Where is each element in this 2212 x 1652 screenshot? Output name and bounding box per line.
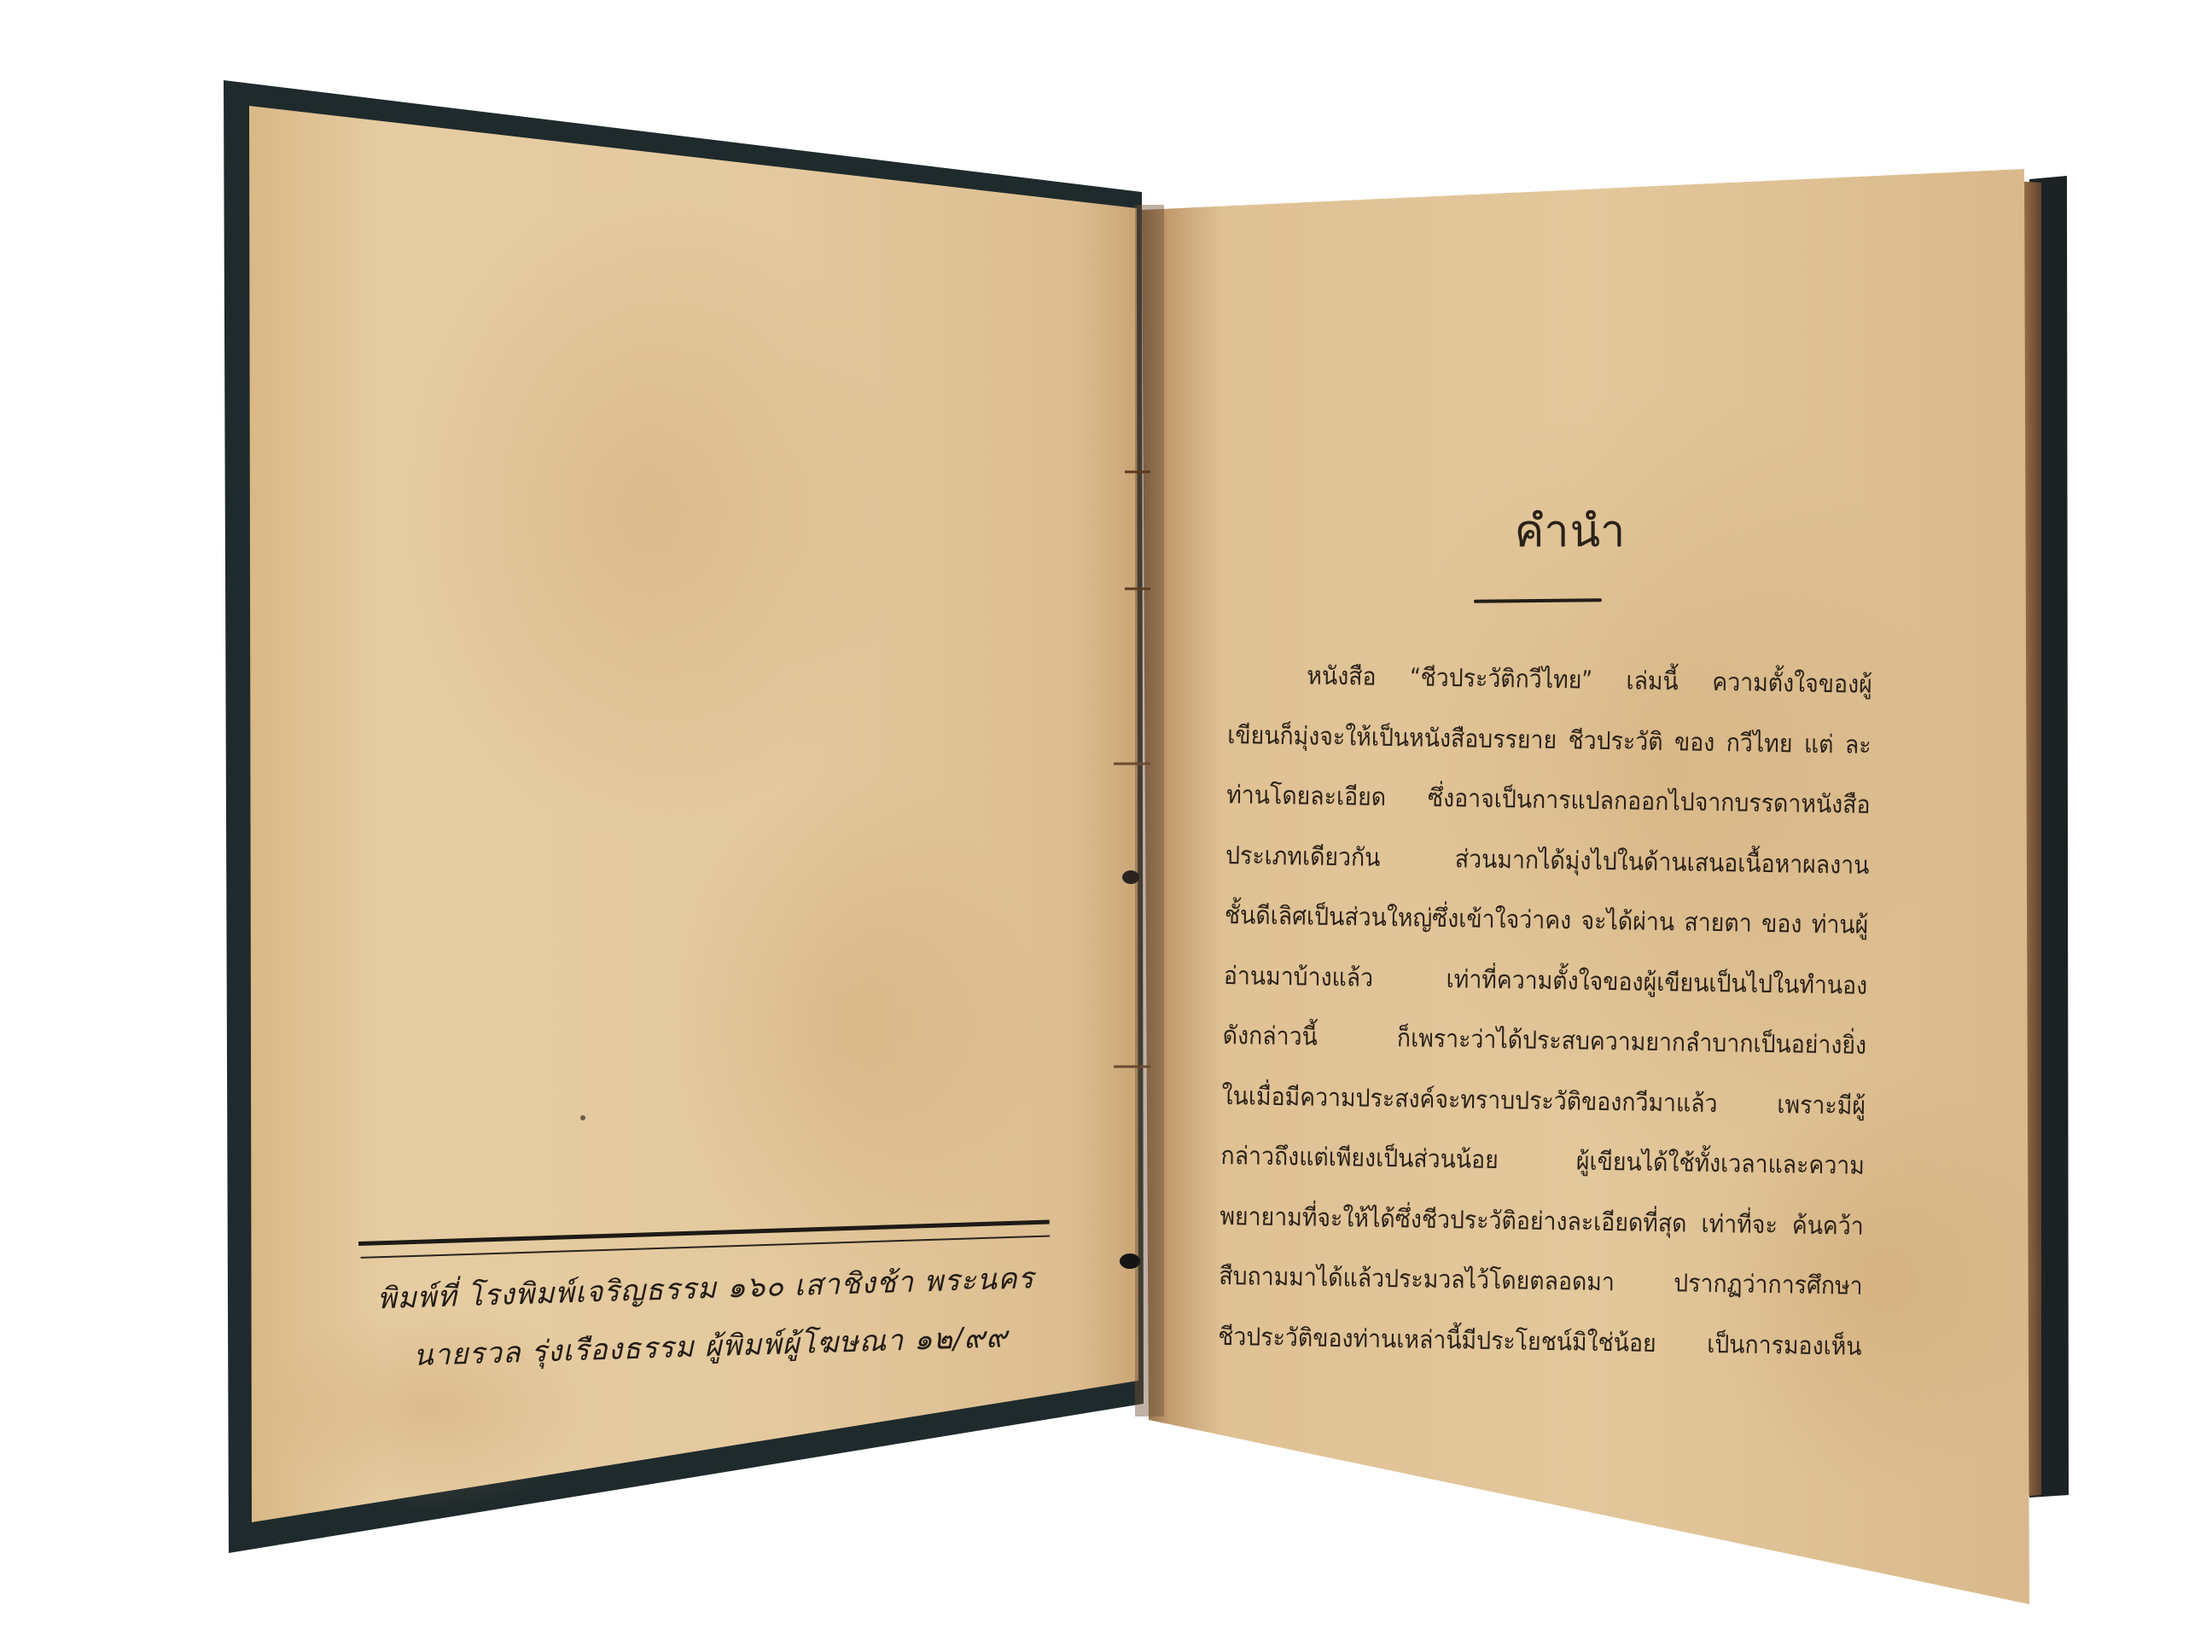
gutter-shadow: [1135, 205, 1164, 1416]
photo-scene: คำนำ หนังสือ “ชีวประวัติกวีไทย” เล่มนี้ …: [0, 0, 2212, 1652]
open-book: [0, 0, 2212, 1652]
